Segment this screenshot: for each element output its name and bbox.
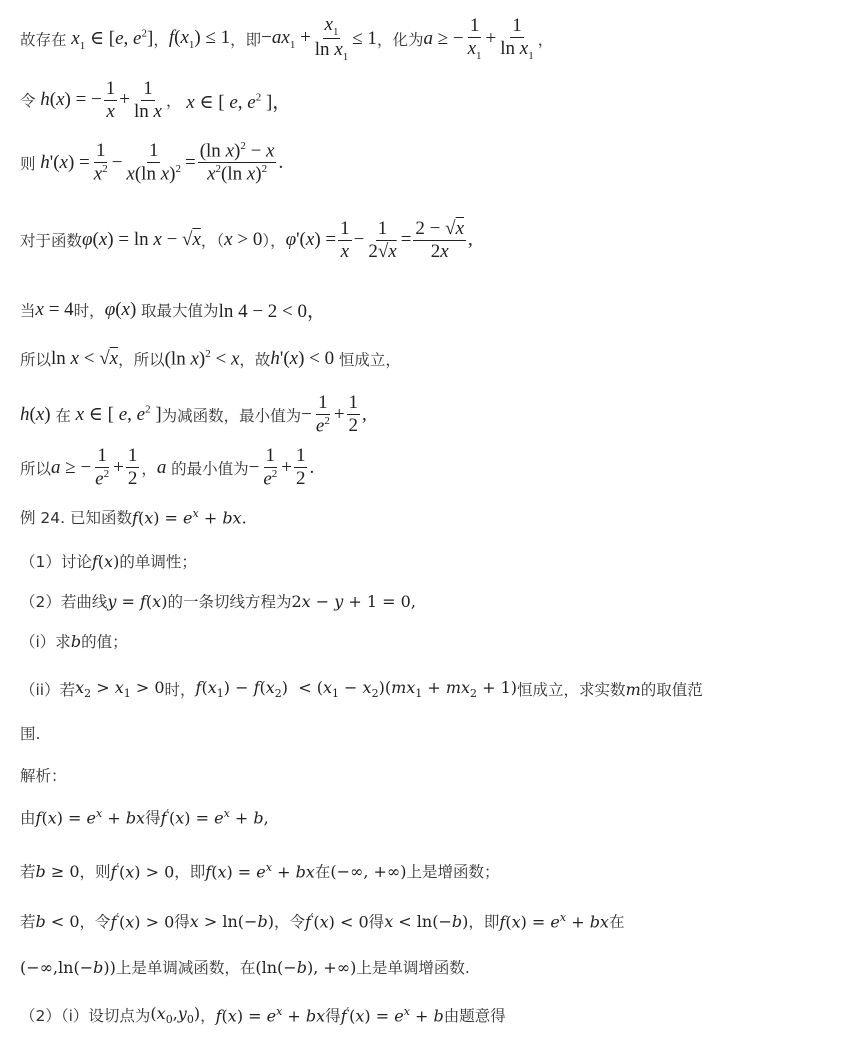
math: x1 ∈ [e, e2] [67,27,154,52]
text-line-11: （2）若曲线 y = f(x) 的一条切线方程为 2x − y + 1 = 0, [20,590,416,612]
analysis-heading: 解析： [20,764,67,786]
text-line-3: 则 h'(x) = 1x2 − 1x(ln x)2 = (ln x)2 − xx… [20,140,283,185]
text-line-2: 令 h(x) = − 1x + 1ln x ， x ∈ [ e, e2 ]， [20,78,291,123]
text-line-13: （ii）若 x2 > x1 > 0 时， f(x1) − f(x2) < (x1… [20,678,703,700]
example-title: 例 24. 已知函数 f(x) = ex + bx. [20,506,247,528]
text-line-10: （1）讨论 f(x) 的单调性； [20,550,197,572]
text-line-1: 故存在 x1 ∈ [e, e2] ， f(x1) ≤ 1 ，即 −ax1 + x… [20,14,553,64]
text-line-19: (−∞,ln(−b)) 上是单调减函数，在 (ln(−b), +∞) 上是单调增… [20,956,470,978]
text-line-5: 当 x = 4 时， φ(x) 取最大值为 ln 4 − 2 < 0， [20,296,326,323]
text-line-14: 围. [20,722,40,744]
text-line-16: 由 f(x) = ex + bx 得 f′(x) = ex + b, [20,806,269,828]
text-line-17: 若 b ≥ 0 ，则 f′(x) > 0 ，即 f(x) = ex + bx 在… [20,860,499,882]
text-line-7: h(x) 在 x ∈ [ e, e2 ] 为减函数，最小值为 − 1e2 + 1… [20,392,367,437]
text-line-6: 所以 ln x < √x ，所以 (ln x)2 < x ，故 h'(x) < … [20,348,401,370]
text-line-18: 若 b < 0 ，令 f′(x) > 0 得 x > ln(−b) ，令 f′(… [20,910,624,932]
text-line-20: （2）（i）设切点为 (x0,y0) ， f(x) = ex + bx 得 f′… [20,1004,506,1026]
text-line-8: 所以 a ≥ − 1e2 + 12 ， a 的最小值为 − 1e2 + 12 . [20,445,314,490]
text-line-12: （i）求 b 的值； [20,630,128,652]
text-line-4: 对于函数 φ(x) = ln x − √x ，（ x > 0 ）， φ'(x) … [20,218,473,263]
